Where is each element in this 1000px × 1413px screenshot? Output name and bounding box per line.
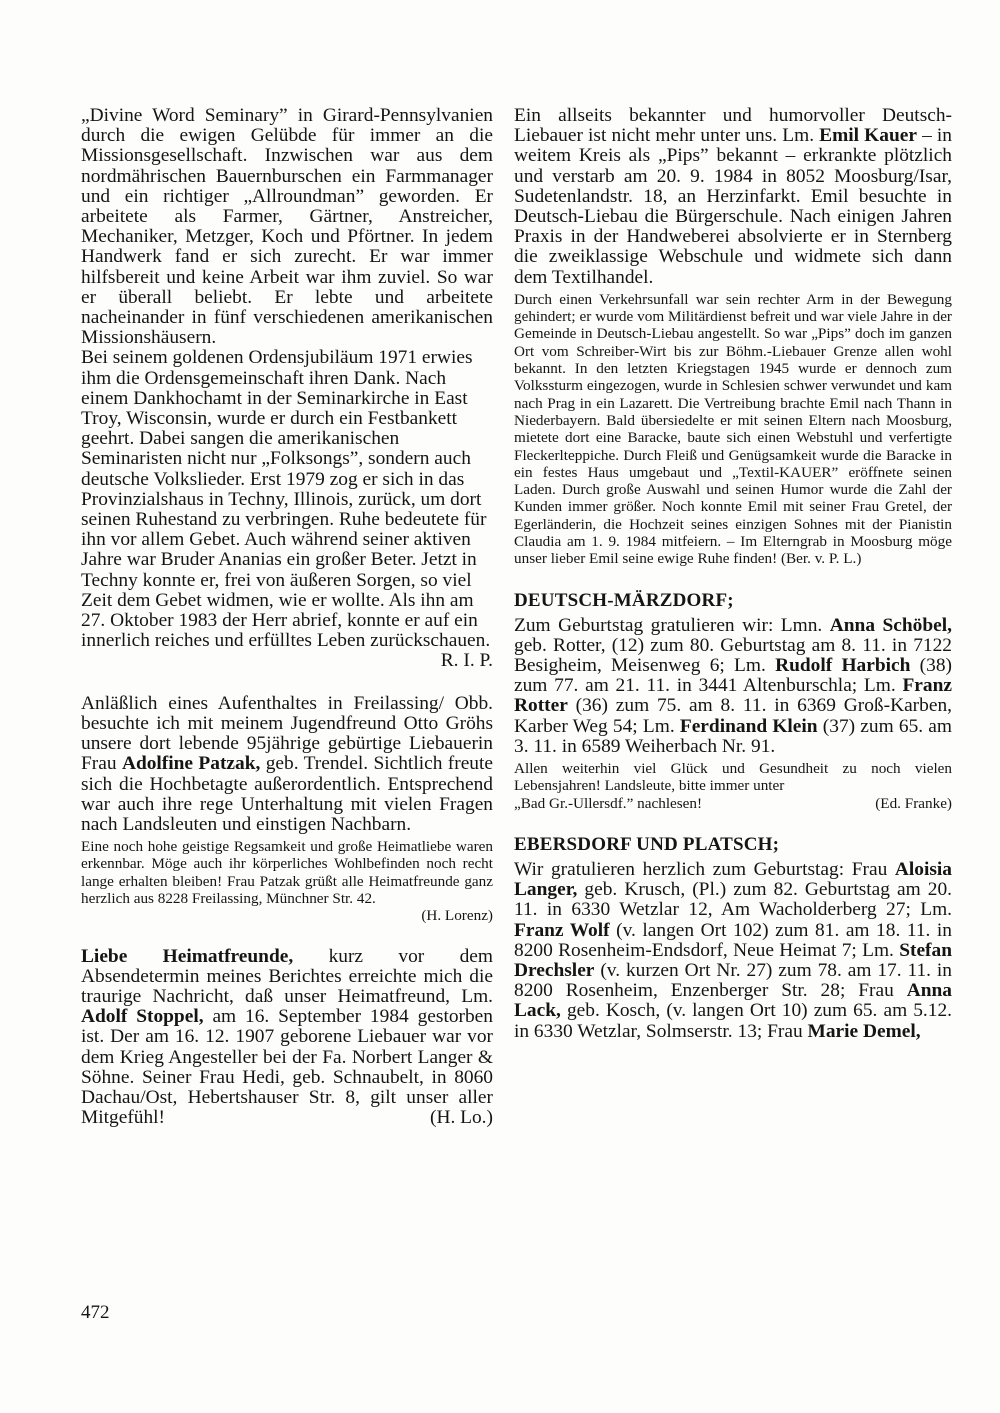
person-name: Adolfine Patzak, [122,753,260,774]
paragraph: Bei seinem goldenen Ordensjubiläum 1971 … [81,347,490,651]
section-heading: DEUTSCH-MÄRZDORF; [514,590,952,612]
rip-closing: R. I. P. [441,651,493,671]
text: – in weitem Kreis als „Pips” bekannt – e… [514,125,952,287]
birthday-list: Wir gratulieren herzlich zum Geburtstag:… [514,860,952,1042]
article-obituary-ananias: „Divine Word Seminary” in Girard-Pennsyl… [81,106,493,651]
small-paragraph: Eine noch hohe geistige Regsamkeit und g… [81,838,493,907]
closing-text: „Bad Gr.-Ullersdf.” nachlesen! [514,795,702,812]
small-paragraph: Durch einen Verkehrsunfall war sein rech… [514,291,952,568]
person-name: Franz Wolf [514,920,610,941]
paragraph: Liebe Heimatfreunde, kurz vor dem Absend… [81,947,493,1129]
person-name: Marie Demel, [808,1021,921,1042]
author-signature: (Ed. Franke) [875,795,952,812]
closing-line: „Bad Gr.-Ullersdf.” nachlesen! (Ed. Fran… [514,795,952,812]
paragraph: Anläßlich eines Aufenthaltes in Freilass… [81,694,493,835]
article-visit-patzak: Anläßlich eines Aufenthaltes in Freilass… [81,694,493,925]
article-obituary-kauer: Ein allseits bekannter und humorvoller D… [514,106,952,568]
section-heading: EBERSDORF UND PLATSCH; [514,834,952,856]
paragraph: Ein allseits bekannter und humorvoller D… [514,106,952,288]
small-paragraph: Allen weiterhin viel Glück und Gesundhei… [514,760,952,795]
greeting: Liebe Heimatfreunde, [81,946,293,967]
person-name: Anna Schöbel, [830,615,952,636]
section-deutsch-maerzdorf: DEUTSCH-MÄRZDORF; Zum Geburtstag gratuli… [514,590,952,812]
person-name: Adolf Stoppel, [81,1006,204,1027]
section-ebersdorf-platsch: EBERSDORF UND PLATSCH; Wir gratulieren h… [514,834,952,1042]
page-number: 472 [81,1302,110,1324]
paragraph: „Divine Word Seminary” in Girard-Pennsyl… [81,106,493,348]
left-column: „Divine Word Seminary” in Girard-Pennsyl… [81,106,493,1129]
article-obituary-stoppel: Liebe Heimatfreunde, kurz vor dem Absend… [81,947,493,1129]
author-signature: (H. Lorenz) [81,907,493,924]
person-name: Rudolf Harbich [775,655,910,676]
person-name: Ferdinand Klein [680,716,818,737]
right-column: Ein allseits bekannter und humorvoller D… [514,106,952,1042]
text: geb. Krusch, (Pl.) zum 82. Geburtstag am… [514,879,952,920]
person-name: Emil Kauer [819,125,917,146]
birthday-list: Zum Geburtstag gratulieren wir: Lmn. Ann… [514,616,952,757]
text: Wir gratulieren herzlich zum Geburtstag:… [514,859,895,880]
text: Zum Geburtstag gratulieren wir: Lmn. [514,615,830,636]
